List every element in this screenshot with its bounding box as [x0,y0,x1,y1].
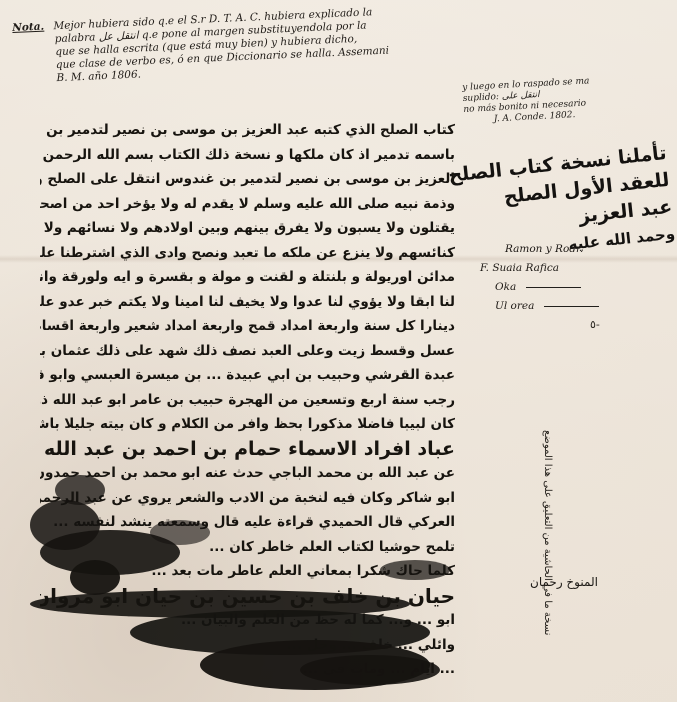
text-row: رجب سنة اربع وتسعين من الهجرة حبيب بن عا… [40,388,455,413]
note-label: Nota. [12,21,44,34]
vertical-margin-text: نسخة ما في الحاشية من التعليق على هذا ال… [526,395,554,635]
margin-note: y luego en lo raspado se ma suplido: انت… [462,73,664,127]
text-row: وائلي ... خلف ... وحل ... [40,633,455,658]
document-page: Nota. Mejor hubiera sido q.e el S.r D. T… [0,0,677,702]
margin-number: ٥- [590,318,600,331]
text-row: العركي قال الحميدي قراءة عليه قال وسمعته… [40,510,455,535]
text-row: العزيز بن موسى بن نصير لتدمير بن غندوس ا… [40,167,455,192]
text-row-headword: حيان بن خلف بن حسين بن حيان ابو مروان ..… [40,584,455,609]
text-row: عسل وقسط زيت وعلى العبد نصف ذلك شهد على … [40,339,455,364]
text-row-verse: تلمح حوشيا لكتاب العلم خاطر كان ... [40,535,455,560]
dash-line [526,287,581,288]
text-row: لنا ابقا ولا يؤوي لنا عدوا ولا يخيف لنا … [40,290,455,315]
text-row: ابو ... و... كما له حظ من العلم والبيان … [40,608,455,633]
text-row: كتاب الصلح الذي كتبه عبد العزيز بن موسى … [40,118,455,143]
text-row: كنائسهم ولا ينزع عن ملكه ما تعبد ونصح وا… [40,241,455,266]
text-row: يقتلون ولا يسبون ولا يفرق بينهم وبين اول… [40,216,455,241]
text-row: كان لبيبا فاضلا مذكورا بحظ وافر من الكلا… [40,412,455,437]
signature-line: F. Suaia Rafica [480,259,650,278]
text-row: عن عبد الله بن محمد الباجي حدث عنه ابو م… [40,461,455,486]
signature-line: Ul orea [495,300,534,312]
handwritten-note: Nota. Mejor hubiera sido q.e el S.r D. T… [12,4,434,87]
text-row: دينارا كل سنة واربعة امداد قمح واربعة ام… [40,314,455,339]
main-arabic-text: كتاب الصلح الذي كتبه عبد العزيز بن موسى … [40,118,455,682]
text-row-verse: كلما حاك شكرا بمعاني العلم عاطر مات بعد … [40,559,455,584]
text-row: باسمه تدمير اذ كان ملكها و نسخة ذلك الكت… [40,143,455,168]
text-row-headword: عباد افراد الاسماء حمام بن احمد بن عبد ا… [40,437,455,462]
text-row: ابو شاكر وكان فيه لنخبة من الادب والشعر … [40,486,455,511]
text-row: مدائن اوريولة و بلنتلة و لقنت و مولة و ب… [40,265,455,290]
dash-line [544,306,599,307]
margin-side-word: المنوخ رحمان [530,575,598,589]
signature-line: Oka [495,281,516,293]
text-row: ... ايام ... ومات في ... [40,657,455,682]
text-row: عبدة القرشي وحبيب بن ابي عبيدة ... بن مي… [40,363,455,388]
text-row: وذمة نبيه صلى الله عليه وسلم لا يقدم له … [40,192,455,217]
signature-line: Ramon y Rodr. [480,240,650,259]
margin-signatures: Ramon y Rodr. F. Suaia Rafica Oka Ul ore… [480,240,650,316]
